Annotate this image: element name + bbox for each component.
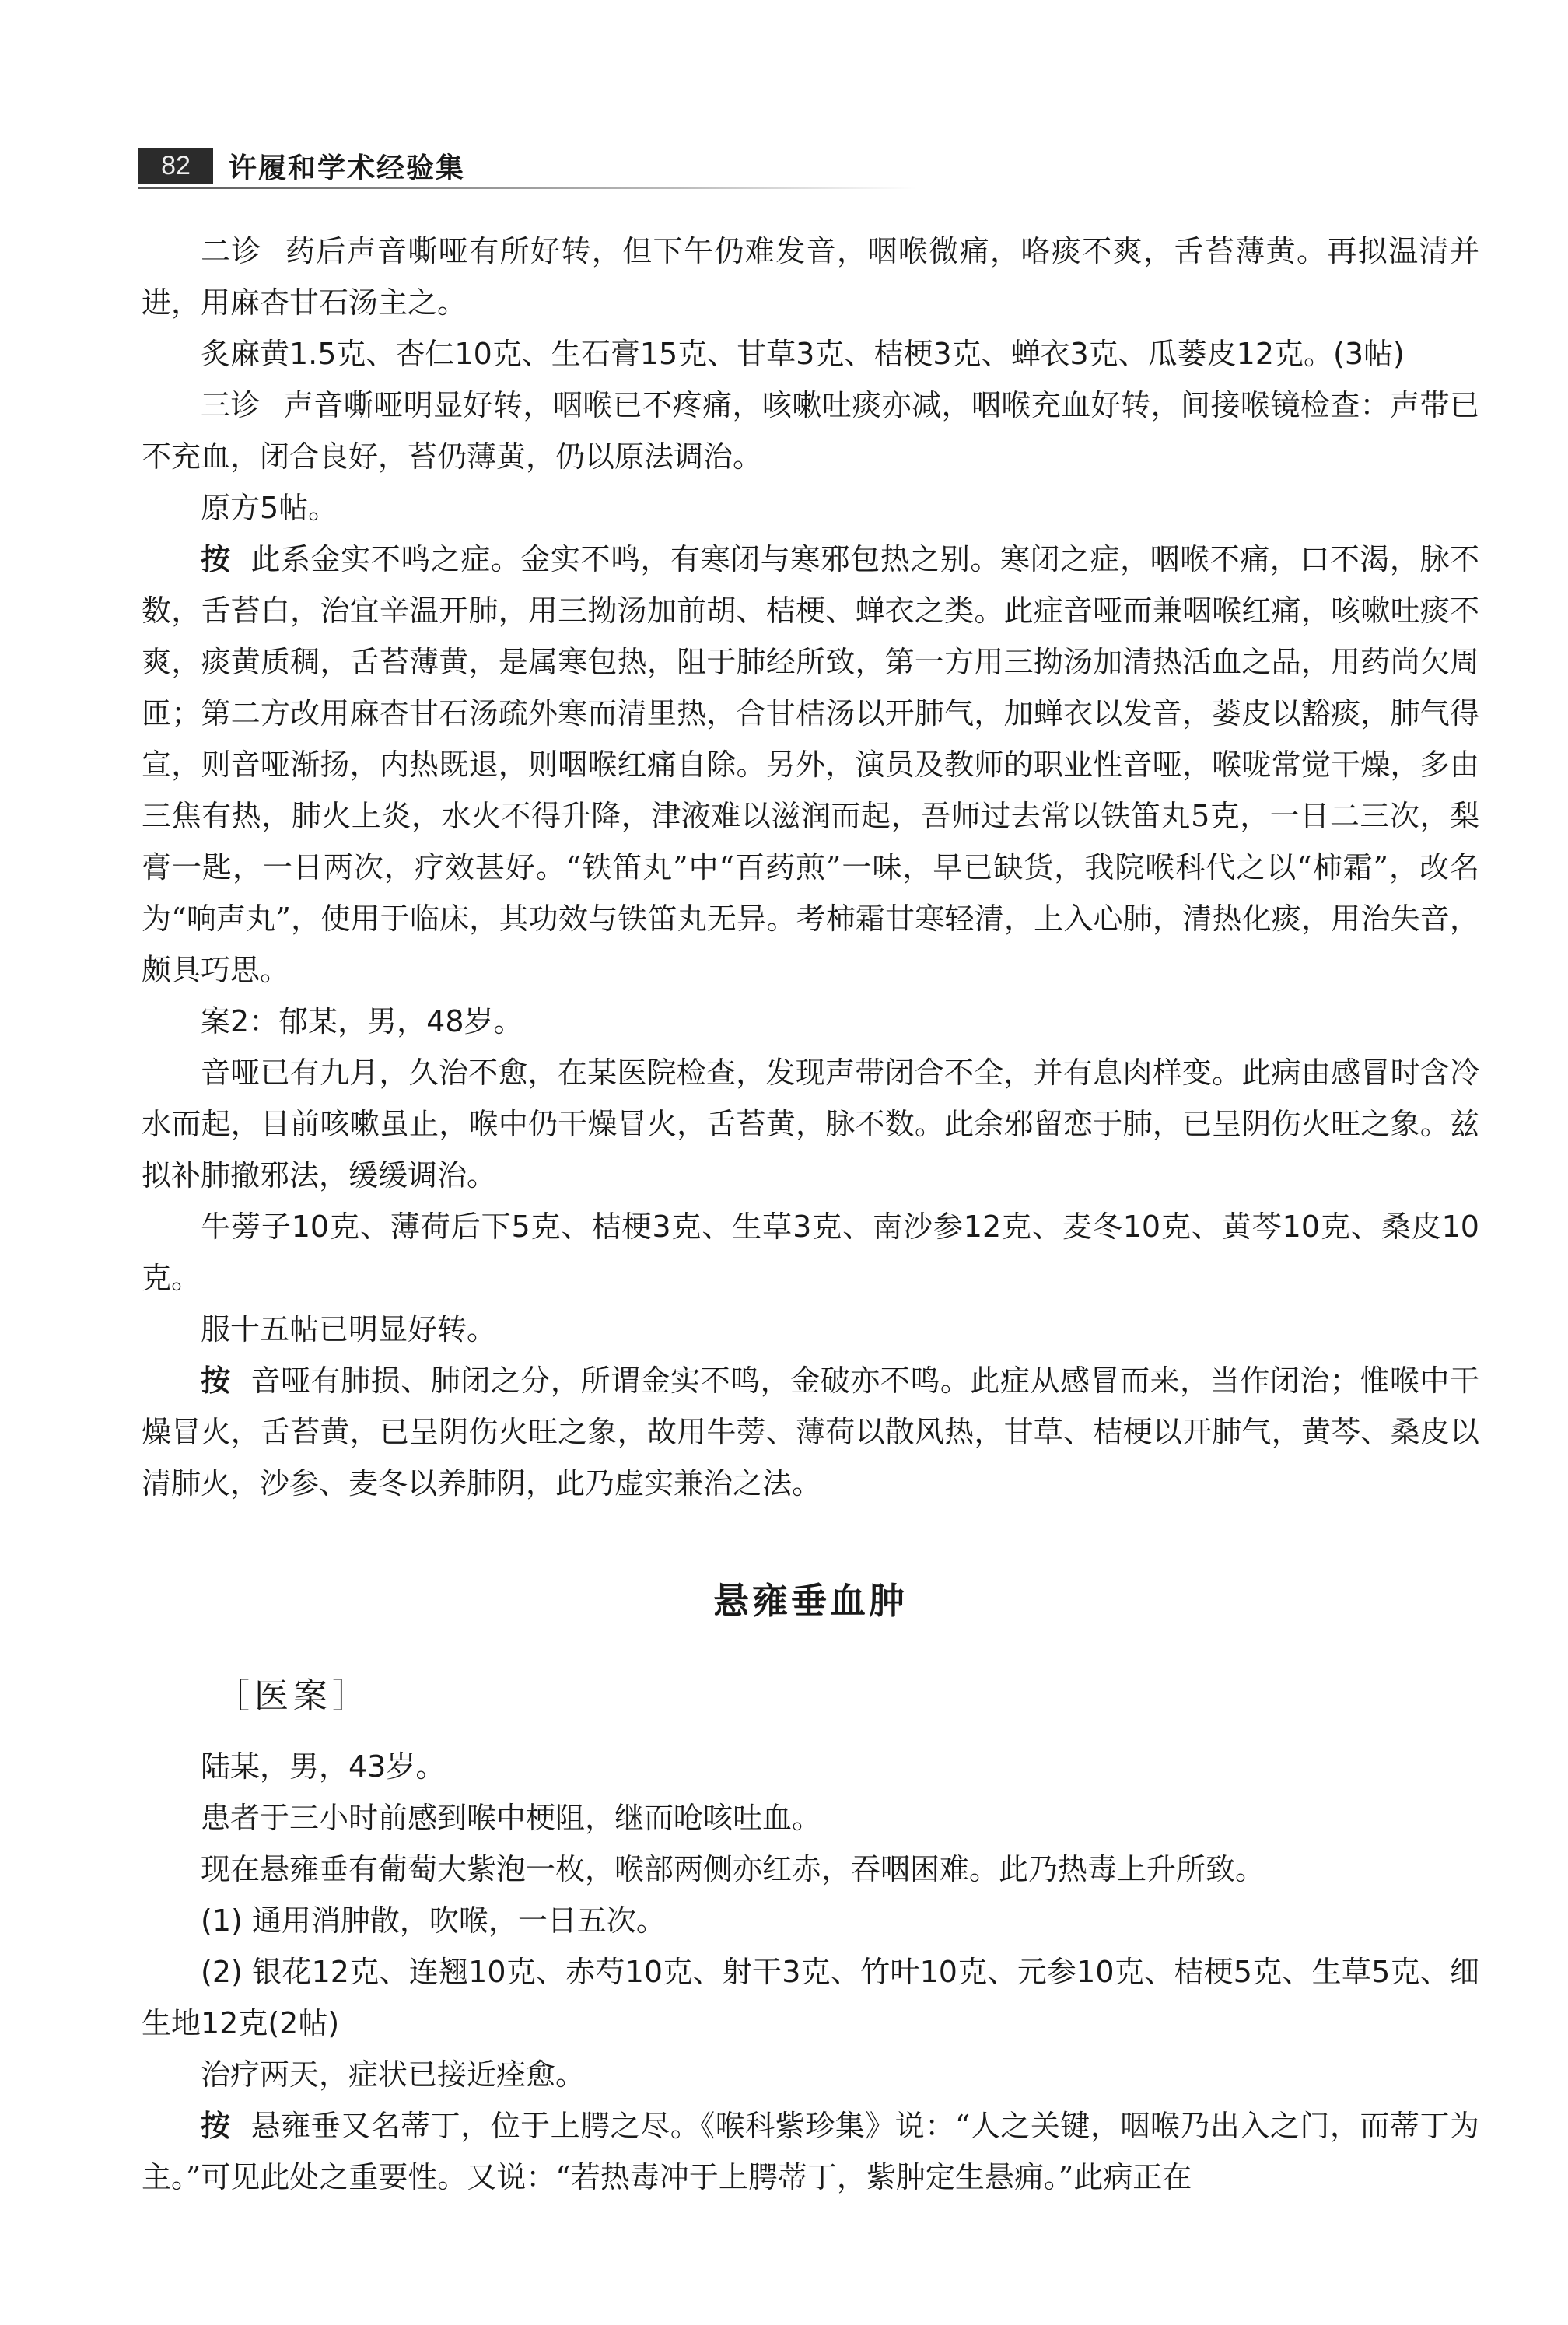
patient-paragraph: 陆某，男，43岁。 (142, 1741, 1479, 1792)
treatment-paragraph: (1) 通用消肿散，吹喉，一日五次。 (142, 1895, 1479, 1946)
section-title: 悬雍垂血肿 (142, 1509, 1479, 1669)
visit-3-paragraph: 三诊声音嘶哑明显好转，咽喉已不疼痛，咳嗽吐痰亦减，咽喉充血好转，间接喉镜检查：声… (142, 380, 1479, 482)
page-body: 二诊药后声音嘶哑有所好转，但下午仍难发音，咽喉微痛，咯痰不爽，舌苔薄黄。再拟温清… (142, 226, 1479, 2203)
prescription-paragraph: 炙麻黄1.5克、杏仁10克、生石膏15克、甘草3克、桔梗3克、蝉衣3克、瓜蒌皮1… (142, 328, 1479, 380)
subheading: ［医案］ (215, 1669, 1479, 1724)
commentary-paragraph: 按音哑有肺损、肺闭之分，所谓金实不鸣，金破亦不鸣。此症从感冒而来，当作闭治；惟喉… (142, 1355, 1479, 1509)
commentary-paragraph: 按悬雍垂又名蒂丁，位于上腭之尽。《喉科紫珍集》说：“人之关键，咽喉乃出入之门，而… (142, 2100, 1479, 2203)
visit-label: 二诊 (201, 234, 262, 268)
visit-label: 三诊 (201, 388, 261, 422)
visit-2-paragraph: 二诊药后声音嘶哑有所好转，但下午仍难发音，咽喉微痛，咯痰不爽，舌苔薄黄。再拟温清… (142, 226, 1479, 328)
prescription-paragraph: 牛蒡子10克、薄荷后下5克、桔梗3克、生草3克、南沙参12克、麦冬10克、黄芩1… (142, 1201, 1479, 1304)
page-number: 82 (138, 148, 213, 184)
running-header: 82 许履和学术经验集 (138, 148, 465, 184)
book-title: 许履和学术经验集 (229, 146, 465, 186)
commentary-label: 按 (201, 541, 231, 576)
treatment-paragraph: (2) 银花12克、连翘10克、赤芍10克、射干3克、竹叶10克、元参10克、桔… (142, 1946, 1479, 2049)
result-paragraph: 服十五帖已明显好转。 (142, 1304, 1479, 1355)
history-paragraph: 音哑已有九月，久治不愈，在某医院检查，发现声带闭合不全，并有息肉样变。此病由感冒… (142, 1047, 1479, 1201)
complaint-paragraph: 患者于三小时前感到喉中梗阻，继而呛咳吐血。 (142, 1792, 1479, 1844)
exam-paragraph: 现在悬雍垂有葡萄大紫泡一枚，喉部两侧亦红赤，吞咽困难。此乃热毒上升所致。 (142, 1844, 1479, 1895)
commentary-label: 按 (201, 1363, 231, 1398)
commentary-label: 按 (201, 2108, 231, 2143)
commentary-paragraph: 按此系金实不鸣之症。金实不鸣，有寒闭与寒邪包热之别。寒闭之症，咽喉不痛，口不渴，… (142, 534, 1479, 996)
prescription-paragraph: 原方5帖。 (142, 482, 1479, 534)
case-title: 案2：郁某，男，48岁。 (142, 996, 1479, 1047)
header-rule (138, 187, 916, 189)
outcome-paragraph: 治疗两天，症状已接近痊愈。 (142, 2049, 1479, 2100)
